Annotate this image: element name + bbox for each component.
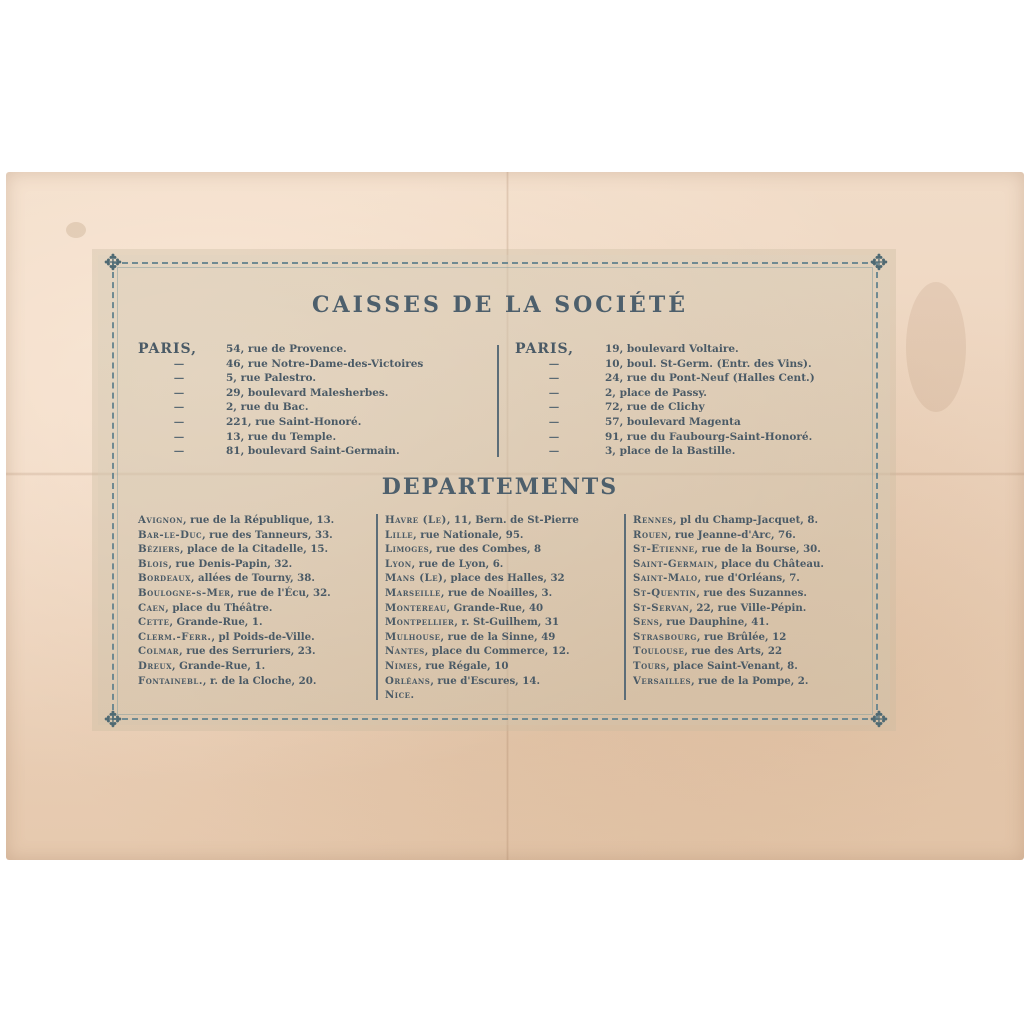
departement-entry: Mulhouse, rue de la Sinne, 49 — [385, 630, 579, 645]
departement-entry: St-Etienne, rue de la Bourse, 30. — [633, 542, 824, 557]
departement-entry: St-Quentin, rue des Suzannes. — [633, 586, 824, 601]
paris-address: 72, rue de Clichy — [605, 400, 705, 415]
city-address: , rue de la Sinne, 49 — [441, 631, 556, 643]
paris-address: 19, boulevard Voltaire. — [605, 342, 739, 357]
paris-address: 91, rue du Faubourg-Saint-Honoré. — [605, 430, 812, 445]
city-name: Saint-Malo — [633, 572, 698, 584]
departement-entry: Saint-Malo, rue d'Orléans, 7. — [633, 571, 824, 586]
city-address: , rue de la Bourse, 30. — [695, 543, 821, 555]
departement-entry: Havre (Le), 11, Bern. de St-Pierre — [385, 513, 579, 528]
paris-address: 13, rue du Temple. — [226, 430, 336, 445]
departement-entry: Colmar, rue des Serruriers, 23. — [138, 644, 334, 659]
departement-entry: Bar-le-Duc, rue des Tanneurs, 33. — [138, 528, 334, 543]
city-address: , 22, rue Ville-Pépin. — [689, 602, 806, 614]
city-address: , place des Halles, 32 — [443, 572, 564, 584]
city-address: , 11, Bern. de St-Pierre — [447, 514, 579, 526]
city-name: Mulhouse — [385, 631, 441, 643]
city-name: Dreux — [138, 660, 172, 672]
city-name: Havre (Le) — [385, 514, 447, 526]
departement-entry: Avignon, rue de la République, 13. — [138, 513, 334, 528]
city-address: , rue de Lyon, 6. — [412, 558, 504, 570]
departement-entry: Nantes, place du Commerce, 12. — [385, 644, 579, 659]
paris-address: 2, place de Passy. — [605, 386, 707, 401]
departement-entry: Tours, place Saint-Venant, 8. — [633, 659, 824, 674]
departement-entry: Marseille, rue de Noailles, 3. — [385, 586, 579, 601]
corner-ornament-icon: ✥ — [102, 710, 124, 732]
departements-column-2: Havre (Le), 11, Bern. de St-PierreLille,… — [385, 513, 579, 703]
departement-entry: Dreux, Grande-Rue, 1. — [138, 659, 334, 674]
column-divider — [624, 514, 626, 700]
city-address: , r. de la Cloche, 20. — [203, 675, 316, 687]
city-address: , rue Nationale, 95. — [413, 529, 523, 541]
city-name: Nice — [385, 689, 411, 701]
city-name: Mans (Le) — [385, 572, 443, 584]
city-address: , rue Denis-Papin, 32. — [168, 558, 292, 570]
city-name: St-Quentin — [633, 587, 696, 599]
departement-entry: Rouen, rue Jeanne-d'Arc, 76. — [633, 528, 824, 543]
departements-column-3: Rennes, pl du Champ-Jacquet, 8.Rouen, ru… — [633, 513, 824, 688]
paris-address: 57, boulevard Magenta — [605, 415, 741, 430]
city-name: Cette — [138, 616, 169, 628]
city-name: Nimes — [385, 660, 418, 672]
city-name: Limoges — [385, 543, 429, 555]
city-address: , Grande-Rue, 1. — [172, 660, 265, 672]
city-name: Saint-Germain — [633, 558, 714, 570]
ditto-mark: — — [547, 444, 561, 459]
departement-entry: Limoges, rue des Combes, 8 — [385, 542, 579, 557]
city-address: , place de la Citadelle, 15. — [180, 543, 328, 555]
city-address: , rue de la République, 13. — [183, 514, 334, 526]
city-name: Lyon — [385, 558, 412, 570]
departement-entry: Caen, place du Théâtre. — [138, 601, 334, 616]
departement-entry: Clerm.-Ferr., pl Poids-de-Ville. — [138, 630, 334, 645]
paris-address: 10, boul. St-Germ. (Entr. des Vins). — [605, 357, 812, 372]
city-address: , pl du Champ-Jacquet, 8. — [673, 514, 818, 526]
departements-column-1: Avignon, rue de la République, 13.Bar-le… — [138, 513, 334, 688]
departement-entry: Rennes, pl du Champ-Jacquet, 8. — [633, 513, 824, 528]
ditto-mark: — — [547, 415, 561, 430]
city-address: , rue des Serruriers, 23. — [179, 645, 315, 657]
ditto-mark: — — [547, 400, 561, 415]
paris-address: 29, boulevard Malesherbes. — [226, 386, 388, 401]
city-name: Toulouse — [633, 645, 684, 657]
city-name: Orléans — [385, 675, 430, 687]
departement-entry: Toulouse, rue des Arts, 22 — [633, 644, 824, 659]
page-title: CAISSES DE LA SOCIÉTÉ — [0, 292, 1000, 318]
city-name: Clerm.-Ferr. — [138, 631, 211, 643]
paris-address: 81, boulevard Saint-Germain. — [226, 444, 400, 459]
paris-address: 54, rue de Provence. — [226, 342, 347, 357]
departement-entry: Mans (Le), place des Halles, 32 — [385, 571, 579, 586]
departement-entry: Boulogne-s-Mer, rue de l'Écu, 32. — [138, 586, 334, 601]
city-address: , place du Théâtre. — [165, 602, 272, 614]
city-name: Marseille — [385, 587, 441, 599]
city-address: , rue de la Pompe, 2. — [691, 675, 808, 687]
departement-entry: Versailles, rue de la Pompe, 2. — [633, 674, 824, 689]
city-address: , rue de l'Écu, 32. — [231, 587, 331, 599]
city-address: , rue d'Orléans, 7. — [698, 572, 800, 584]
ditto-mark: — — [172, 357, 186, 372]
city-address: , Grande-Rue, 40 — [447, 602, 544, 614]
corner-ornament-icon: ✥ — [868, 710, 890, 732]
city-name: Bordeaux — [138, 572, 191, 584]
departement-entry: Montpellier, r. St-Guilhem, 31 — [385, 615, 579, 630]
ditto-mark: — — [172, 444, 186, 459]
city-name: Boulogne-s-Mer — [138, 587, 231, 599]
ditto-mark: — — [172, 386, 186, 401]
city-name: Nantes — [385, 645, 425, 657]
paris-label: PARIS, — [515, 342, 574, 357]
city-address: , rue Jeanne-d'Arc, 76. — [668, 529, 796, 541]
departement-entry: Cette, Grande-Rue, 1. — [138, 615, 334, 630]
city-name: Tours — [633, 660, 666, 672]
departement-entry: Sens, rue Dauphine, 41. — [633, 615, 824, 630]
city-name: Strasbourg — [633, 631, 697, 643]
city-name: St-Etienne — [633, 543, 695, 555]
ditto-mark: — — [547, 371, 561, 386]
paris-label: PARIS, — [138, 342, 197, 357]
city-address: , r. St-Guilhem, 31 — [454, 616, 559, 628]
ditto-mark: — — [172, 415, 186, 430]
corner-ornament-icon: ✥ — [102, 253, 124, 275]
city-address: , rue Brûlée, 12 — [697, 631, 786, 643]
ditto-mark: — — [547, 386, 561, 401]
city-name: Lille — [385, 529, 413, 541]
ditto-mark: — — [172, 400, 186, 415]
city-name: Sens — [633, 616, 659, 628]
departement-entry: Orléans, rue d'Escures, 14. — [385, 674, 579, 689]
paris-address: 2, rue du Bac. — [226, 400, 308, 415]
city-address: , rue des Suzannes. — [696, 587, 807, 599]
city-name: Rennes — [633, 514, 673, 526]
corner-ornament-icon: ✥ — [868, 253, 890, 275]
departement-entry: Saint-Germain, place du Château. — [633, 557, 824, 572]
city-name: Fontainebl. — [138, 675, 203, 687]
departement-entry: Lyon, rue de Lyon, 6. — [385, 557, 579, 572]
city-address: , rue des Tanneurs, 33. — [202, 529, 333, 541]
ditto-mark: — — [547, 430, 561, 445]
paris-address: 3, place de la Bastille. — [605, 444, 735, 459]
city-name: St-Servan — [633, 602, 689, 614]
departement-entry: Fontainebl., r. de la Cloche, 20. — [138, 674, 334, 689]
departement-entry: Bordeaux, allées de Tourny, 38. — [138, 571, 334, 586]
city-address: , rue Dauphine, 41. — [659, 616, 769, 628]
city-name: Avignon — [138, 514, 183, 526]
city-name: Colmar — [138, 645, 179, 657]
departement-entry: Lille, rue Nationale, 95. — [385, 528, 579, 543]
ditto-mark: — — [172, 430, 186, 445]
city-address: , rue des Combes, 8 — [429, 543, 541, 555]
departement-entry: Nimes, rue Régale, 10 — [385, 659, 579, 674]
departement-entry: Strasbourg, rue Brûlée, 12 — [633, 630, 824, 645]
city-address: , rue de Noailles, 3. — [441, 587, 552, 599]
city-address: , allées de Tourny, 38. — [191, 572, 315, 584]
city-address: , rue d'Escures, 14. — [430, 675, 540, 687]
city-address: . — [411, 689, 415, 701]
city-address: , place du Commerce, 12. — [425, 645, 570, 657]
city-address: , Grande-Rue, 1. — [169, 616, 262, 628]
paris-address: 46, rue Notre-Dame-des-Victoires — [226, 357, 423, 372]
paris-address: 5, rue Palestro. — [226, 371, 316, 386]
departements-heading: DEPARTEMENTS — [0, 474, 1000, 500]
column-divider — [376, 514, 378, 700]
city-name: Montereau — [385, 602, 447, 614]
paris-address: 24, rue du Pont-Neuf (Halles Cent.) — [605, 371, 815, 386]
city-name: Blois — [138, 558, 168, 570]
city-name: Montpellier — [385, 616, 454, 628]
column-divider — [497, 345, 499, 457]
city-address: , rue des Arts, 22 — [684, 645, 782, 657]
city-name: Versailles — [633, 675, 691, 687]
departement-entry: Béziers, place de la Citadelle, 15. — [138, 542, 334, 557]
city-address: , place Saint-Venant, 8. — [666, 660, 798, 672]
departement-entry: Nice. — [385, 688, 579, 703]
city-address: , pl Poids-de-Ville. — [211, 631, 314, 643]
departement-entry: Montereau, Grande-Rue, 40 — [385, 601, 579, 616]
departement-entry: Blois, rue Denis-Papin, 32. — [138, 557, 334, 572]
city-name: Béziers — [138, 543, 180, 555]
city-address: , place du Château. — [714, 558, 824, 570]
city-name: Rouen — [633, 529, 668, 541]
ditto-mark: — — [172, 371, 186, 386]
ditto-mark: — — [547, 357, 561, 372]
city-name: Caen — [138, 602, 165, 614]
stain — [66, 222, 86, 238]
departement-entry: St-Servan, 22, rue Ville-Pépin. — [633, 601, 824, 616]
paris-address: 221, rue Saint-Honoré. — [226, 415, 361, 430]
city-address: , rue Régale, 10 — [418, 660, 508, 672]
city-name: Bar-le-Duc — [138, 529, 202, 541]
